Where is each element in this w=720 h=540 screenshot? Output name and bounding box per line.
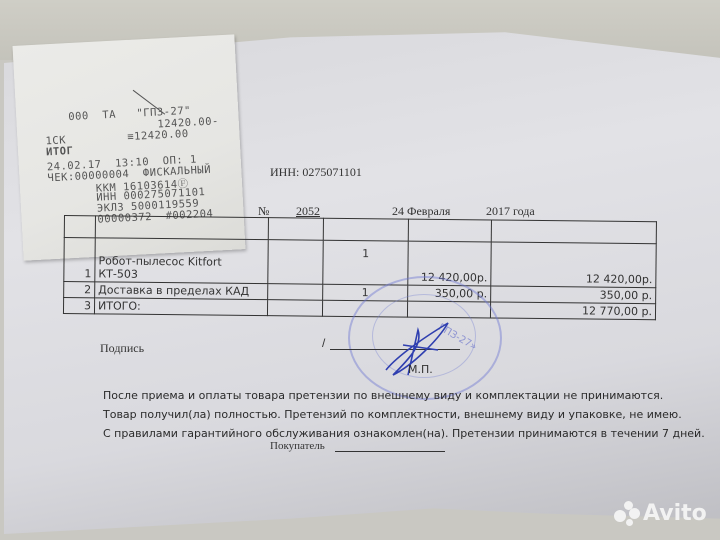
item-total: 350,00 р. (491, 286, 656, 304)
terms-line: С правилами гарантийного обслуживания оз… (103, 427, 705, 440)
signature-label: Подпись (100, 341, 144, 356)
invoice-date: 24 Февраля (392, 204, 450, 219)
invoice-year: 2017 года (486, 204, 535, 219)
item-name: Робот-пылесос Kitfort КТ-503 (95, 238, 268, 284)
avito-logo-text: Avito (643, 501, 707, 526)
seller-inn: ИНН: 0275071101 (270, 165, 362, 180)
receipt-line: ИТОГ (46, 145, 74, 158)
signature-slash: / (322, 336, 325, 350)
item-total: 12 420,00р. (491, 242, 656, 288)
table-row: 1 Робот-пылесос Kitfort КТ-503 1 12 420,… (64, 238, 656, 288)
grand-total: 12 770,00 р. (490, 302, 655, 320)
avito-dots-icon (614, 500, 640, 526)
item-name: Доставка в пределах КАД (95, 282, 268, 300)
terms-line: После приема и оплаты товара претензии п… (103, 389, 663, 402)
avito-watermark: Avito (614, 500, 707, 526)
buyer-signature-line (335, 451, 445, 452)
buyer-label: Покупатель (270, 440, 325, 452)
total-label: ИТОГО: (94, 298, 267, 316)
item-qty: 1 (323, 240, 408, 285)
stamp-place-label: М.П. (408, 363, 433, 376)
terms-line: Товар получил(ла) полностью. Претензий п… (103, 408, 682, 421)
